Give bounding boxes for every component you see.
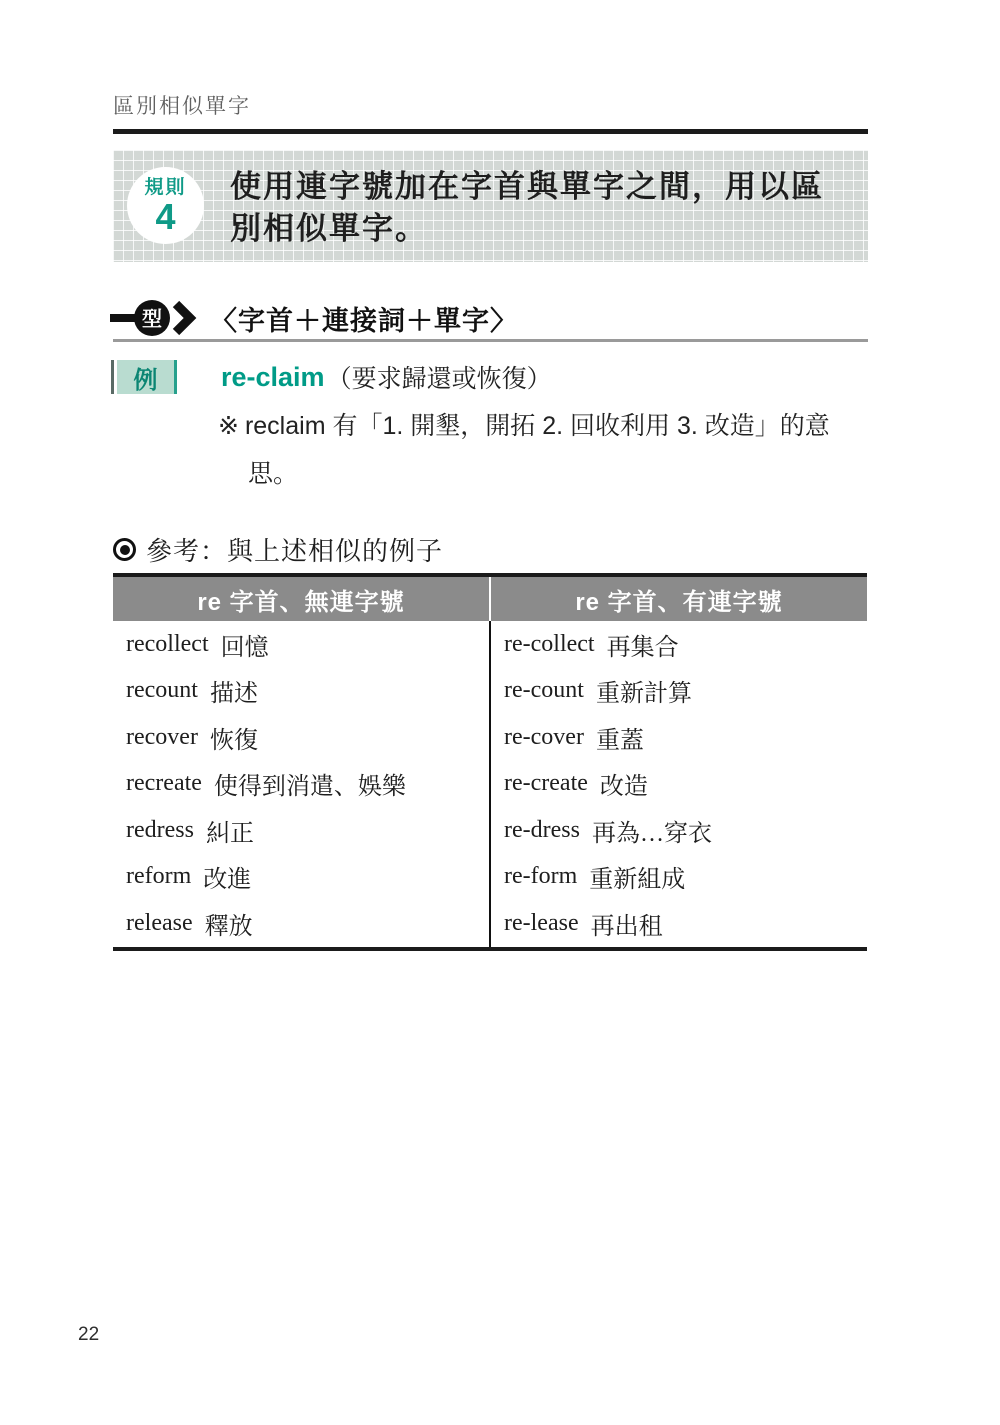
word-en: recount: [126, 677, 198, 704]
table-row: recount 描述 re-count 重新計算: [113, 668, 867, 715]
table-cell-right: re-count 重新計算: [489, 668, 867, 715]
section-divider: [113, 339, 868, 342]
rule-title-line2: 別相似單字。: [230, 208, 850, 250]
table-row: recover 恢復 re-cover 重蓋: [113, 714, 867, 761]
example-badge-left-bar: [111, 360, 114, 394]
word-en: re-collect: [504, 631, 595, 658]
word-gloss: 糾正: [206, 813, 254, 848]
rule-title: 使用連字號加在字首與單字之間，用以區 別相似單字。: [230, 166, 850, 250]
table-cell-left: recollect 回憶: [113, 621, 489, 668]
note-line2: 思。: [218, 450, 898, 498]
header-divider: [113, 129, 868, 134]
table-cell-left: reform 改進: [113, 854, 489, 901]
example-word: re-claim: [221, 362, 325, 393]
word-en: re-count: [504, 677, 584, 704]
bullseye-icon: [113, 538, 136, 561]
word-en: reform: [126, 863, 191, 890]
reference-row: 參考：與上述相似的例子: [113, 531, 443, 568]
table-cell-left: release 釋放: [113, 900, 489, 947]
note-word: reclaim: [245, 412, 326, 440]
table-cell-left: recreate 使得到消遣、娛樂: [113, 761, 489, 808]
word-gloss: 改進: [203, 859, 251, 894]
word-gloss: 釋放: [205, 906, 253, 941]
word-en: re-dress: [504, 817, 580, 844]
note-line1: ※reclaim 有「1. 開墾，開拓 2. 回收利用 3. 改造」的意: [218, 402, 898, 450]
table-body: recollect 回憶 re-collect 再集合 recount 描述 r…: [113, 621, 867, 947]
reference-text: 參考：與上述相似的例子: [146, 531, 443, 568]
word-gloss: 恢復: [210, 720, 258, 755]
example-badge-label: 例: [117, 360, 174, 394]
pattern-text: 〈字首＋連接詞＋單字〉: [210, 299, 518, 338]
example-badge: 例: [111, 360, 177, 394]
word-en: re-lease: [504, 910, 579, 937]
table-row: reform 改進 re-form 重新組成: [113, 854, 867, 901]
word-en: re-create: [504, 770, 588, 797]
word-gloss: 回憶: [221, 627, 269, 662]
word-gloss: 重新計算: [596, 673, 692, 708]
word-en: re-cover: [504, 724, 584, 751]
word-gloss: 改造: [600, 766, 648, 801]
table-cell-right: re-lease 再出租: [489, 900, 867, 947]
rule-number-badge: 規則 4: [127, 167, 204, 244]
word-en: redress: [126, 817, 194, 844]
table-row: recreate 使得到消遣、娛樂 re-create 改造: [113, 761, 867, 808]
table-cell-left: recover 恢復: [113, 714, 489, 761]
word-en: re-form: [504, 863, 577, 890]
table-cell-right: re-collect 再集合: [489, 621, 867, 668]
word-gloss: 再為…穿衣: [592, 813, 712, 848]
example-badge-right-bar: [174, 360, 177, 394]
example-gloss: （要求歸還或恢復）: [327, 359, 552, 395]
svg-text:型: 型: [142, 307, 162, 331]
running-head: 區別相似單字: [113, 90, 251, 120]
note-rest: 有「1. 開墾，開拓 2. 回收利用 3. 改造」的意: [332, 412, 829, 440]
rule-title-line1: 使用連字號加在字首與單字之間，用以區: [230, 166, 850, 208]
word-gloss: 再出租: [591, 906, 663, 941]
word-gloss: 重新組成: [589, 859, 685, 894]
word-gloss: 使得到消遣、娛樂: [214, 766, 406, 801]
table-cell-left: redress 糾正: [113, 807, 489, 854]
word-gloss: 描述: [210, 673, 258, 708]
table-cell-right: re-cover 重蓋: [489, 714, 867, 761]
table-cell-right: re-create 改造: [489, 761, 867, 808]
example-note: ※reclaim 有「1. 開墾，開拓 2. 回收利用 3. 改造」的意 思。: [218, 402, 898, 498]
word-gloss: 再集合: [607, 627, 679, 662]
word-en: recreate: [126, 770, 202, 797]
table-cell-right: re-dress 再為…穿衣: [489, 807, 867, 854]
similar-words-table: re 字首、無連字號 re 字首、有連字號 recollect 回憶 re-co…: [113, 573, 867, 951]
table-row: recollect 回憶 re-collect 再集合: [113, 621, 867, 668]
note-marker: ※: [218, 412, 239, 440]
rule-box: 規則 4 使用連字號加在字首與單字之間，用以區 別相似單字。: [113, 150, 868, 262]
table-cell-left: recount 描述: [113, 668, 489, 715]
example-row: 例 re-claim （要求歸還或恢復）: [111, 359, 552, 395]
word-en: recover: [126, 724, 198, 751]
book-page: 區別相似單字 規則 4 使用連字號加在字首與單字之間，用以區 別相似單字。 型 …: [0, 0, 1000, 1425]
pattern-arrow-icon: 型: [110, 298, 202, 338]
word-en: recollect: [126, 631, 209, 658]
word-en: release: [126, 910, 193, 937]
header-cell-right: re 字首、有連字號: [489, 577, 867, 621]
table-cell-right: re-form 重新組成: [489, 854, 867, 901]
word-gloss: 重蓋: [596, 720, 644, 755]
table-row: redress 糾正 re-dress 再為…穿衣: [113, 807, 867, 854]
table-header: re 字首、無連字號 re 字首、有連字號: [113, 577, 867, 621]
rule-badge-number: 4: [155, 199, 175, 235]
table-row: release 釋放 re-lease 再出租: [113, 900, 867, 947]
header-cell-left: re 字首、無連字號: [113, 577, 489, 621]
pattern-row: 型 〈字首＋連接詞＋單字〉: [110, 298, 518, 338]
page-number: 22: [78, 1324, 99, 1346]
